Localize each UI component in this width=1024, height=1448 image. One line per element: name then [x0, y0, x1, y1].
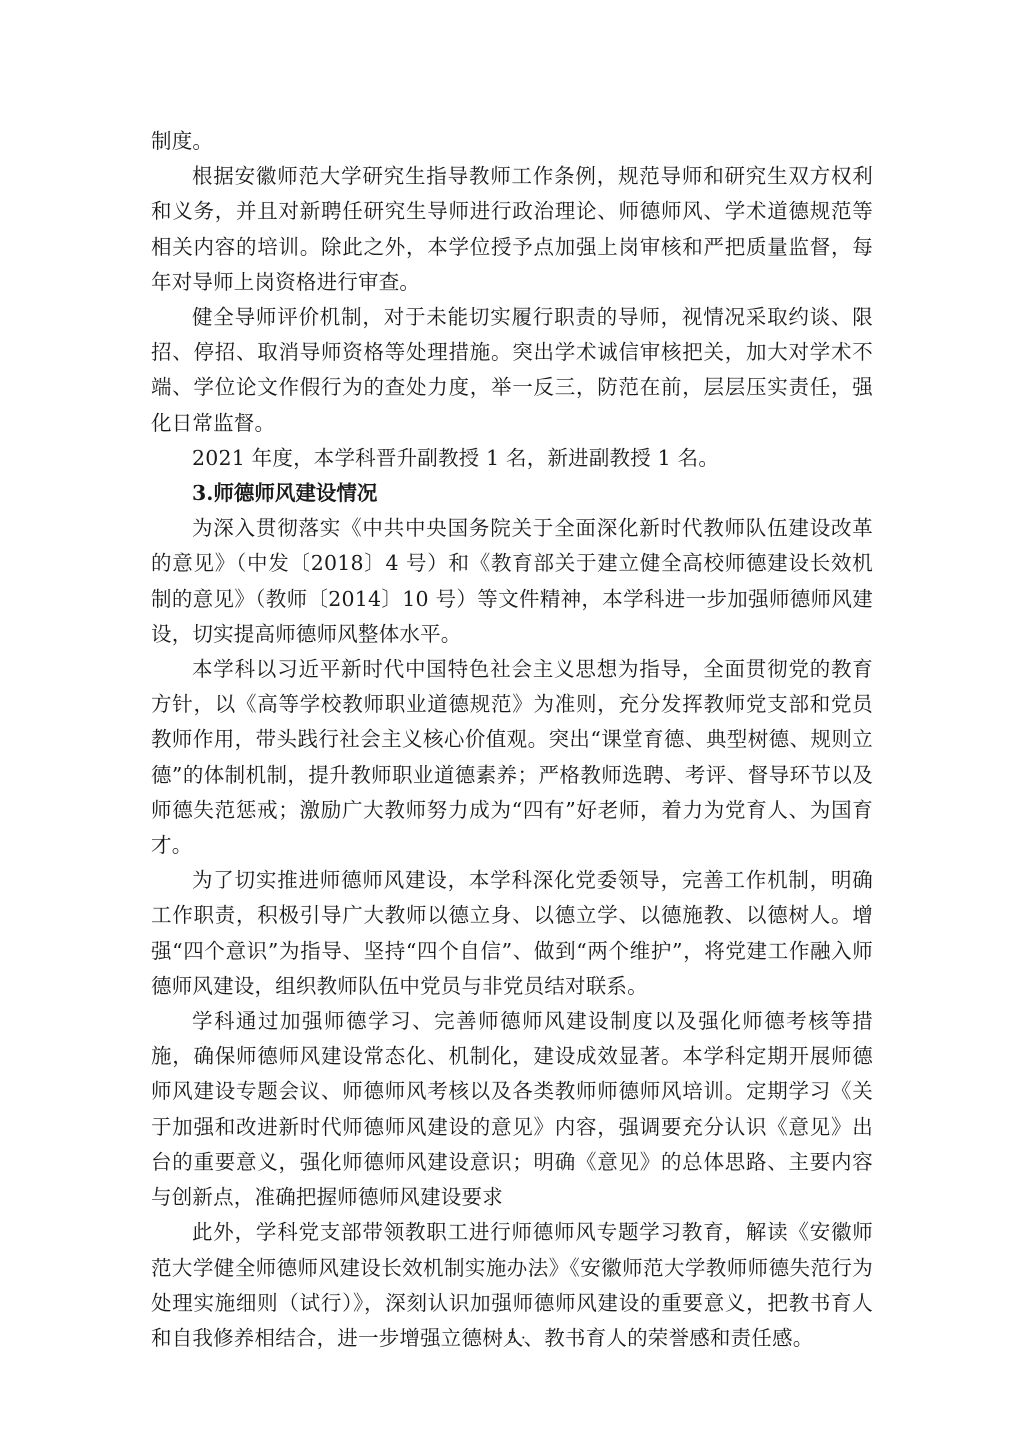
paragraph-ethics-measures: 学科通过加强师德学习、完善师德师风建设制度以及强化师德考核等措施，确保师德师风建…: [151, 1004, 873, 1215]
paragraph-policy-implementation: 为深入贯彻落实《中共中央国务院关于全面深化新时代教师队伍建设改革的意见》（中发〔…: [151, 511, 873, 652]
paragraph-promotions-2021: 2021 年度，本学科晋升副教授 1 名，新进副教授 1 名。: [151, 441, 873, 476]
paragraph-guiding-thought: 本学科以习近平新时代中国特色社会主义思想为指导，全面贯彻党的教育方针，以《高等学…: [151, 652, 873, 863]
paragraph-party-leadership: 为了切实推进师德师风建设，本学科深化党委领导，完善工作机制，明确工作职责，积极引…: [151, 863, 873, 1004]
paragraph-supervisor-evaluation: 健全导师评价机制，对于未能切实履行职责的导师，视情况采取约谈、限招、停招、取消导…: [151, 300, 873, 441]
page-number: · 5 ·: [0, 1328, 1024, 1348]
paragraph-supervisor-regulations: 根据安徽师范大学研究生指导教师工作条例，规范导师和研究生双方权利和义务，并且对新…: [151, 159, 873, 300]
document-page: 制度。 根据安徽师范大学研究生指导教师工作条例，规范导师和研究生双方权利和义务，…: [151, 124, 873, 1356]
section-heading-teacher-ethics: 3.师德师风建设情况: [151, 476, 873, 511]
paragraph-continuation: 制度。: [151, 124, 873, 159]
